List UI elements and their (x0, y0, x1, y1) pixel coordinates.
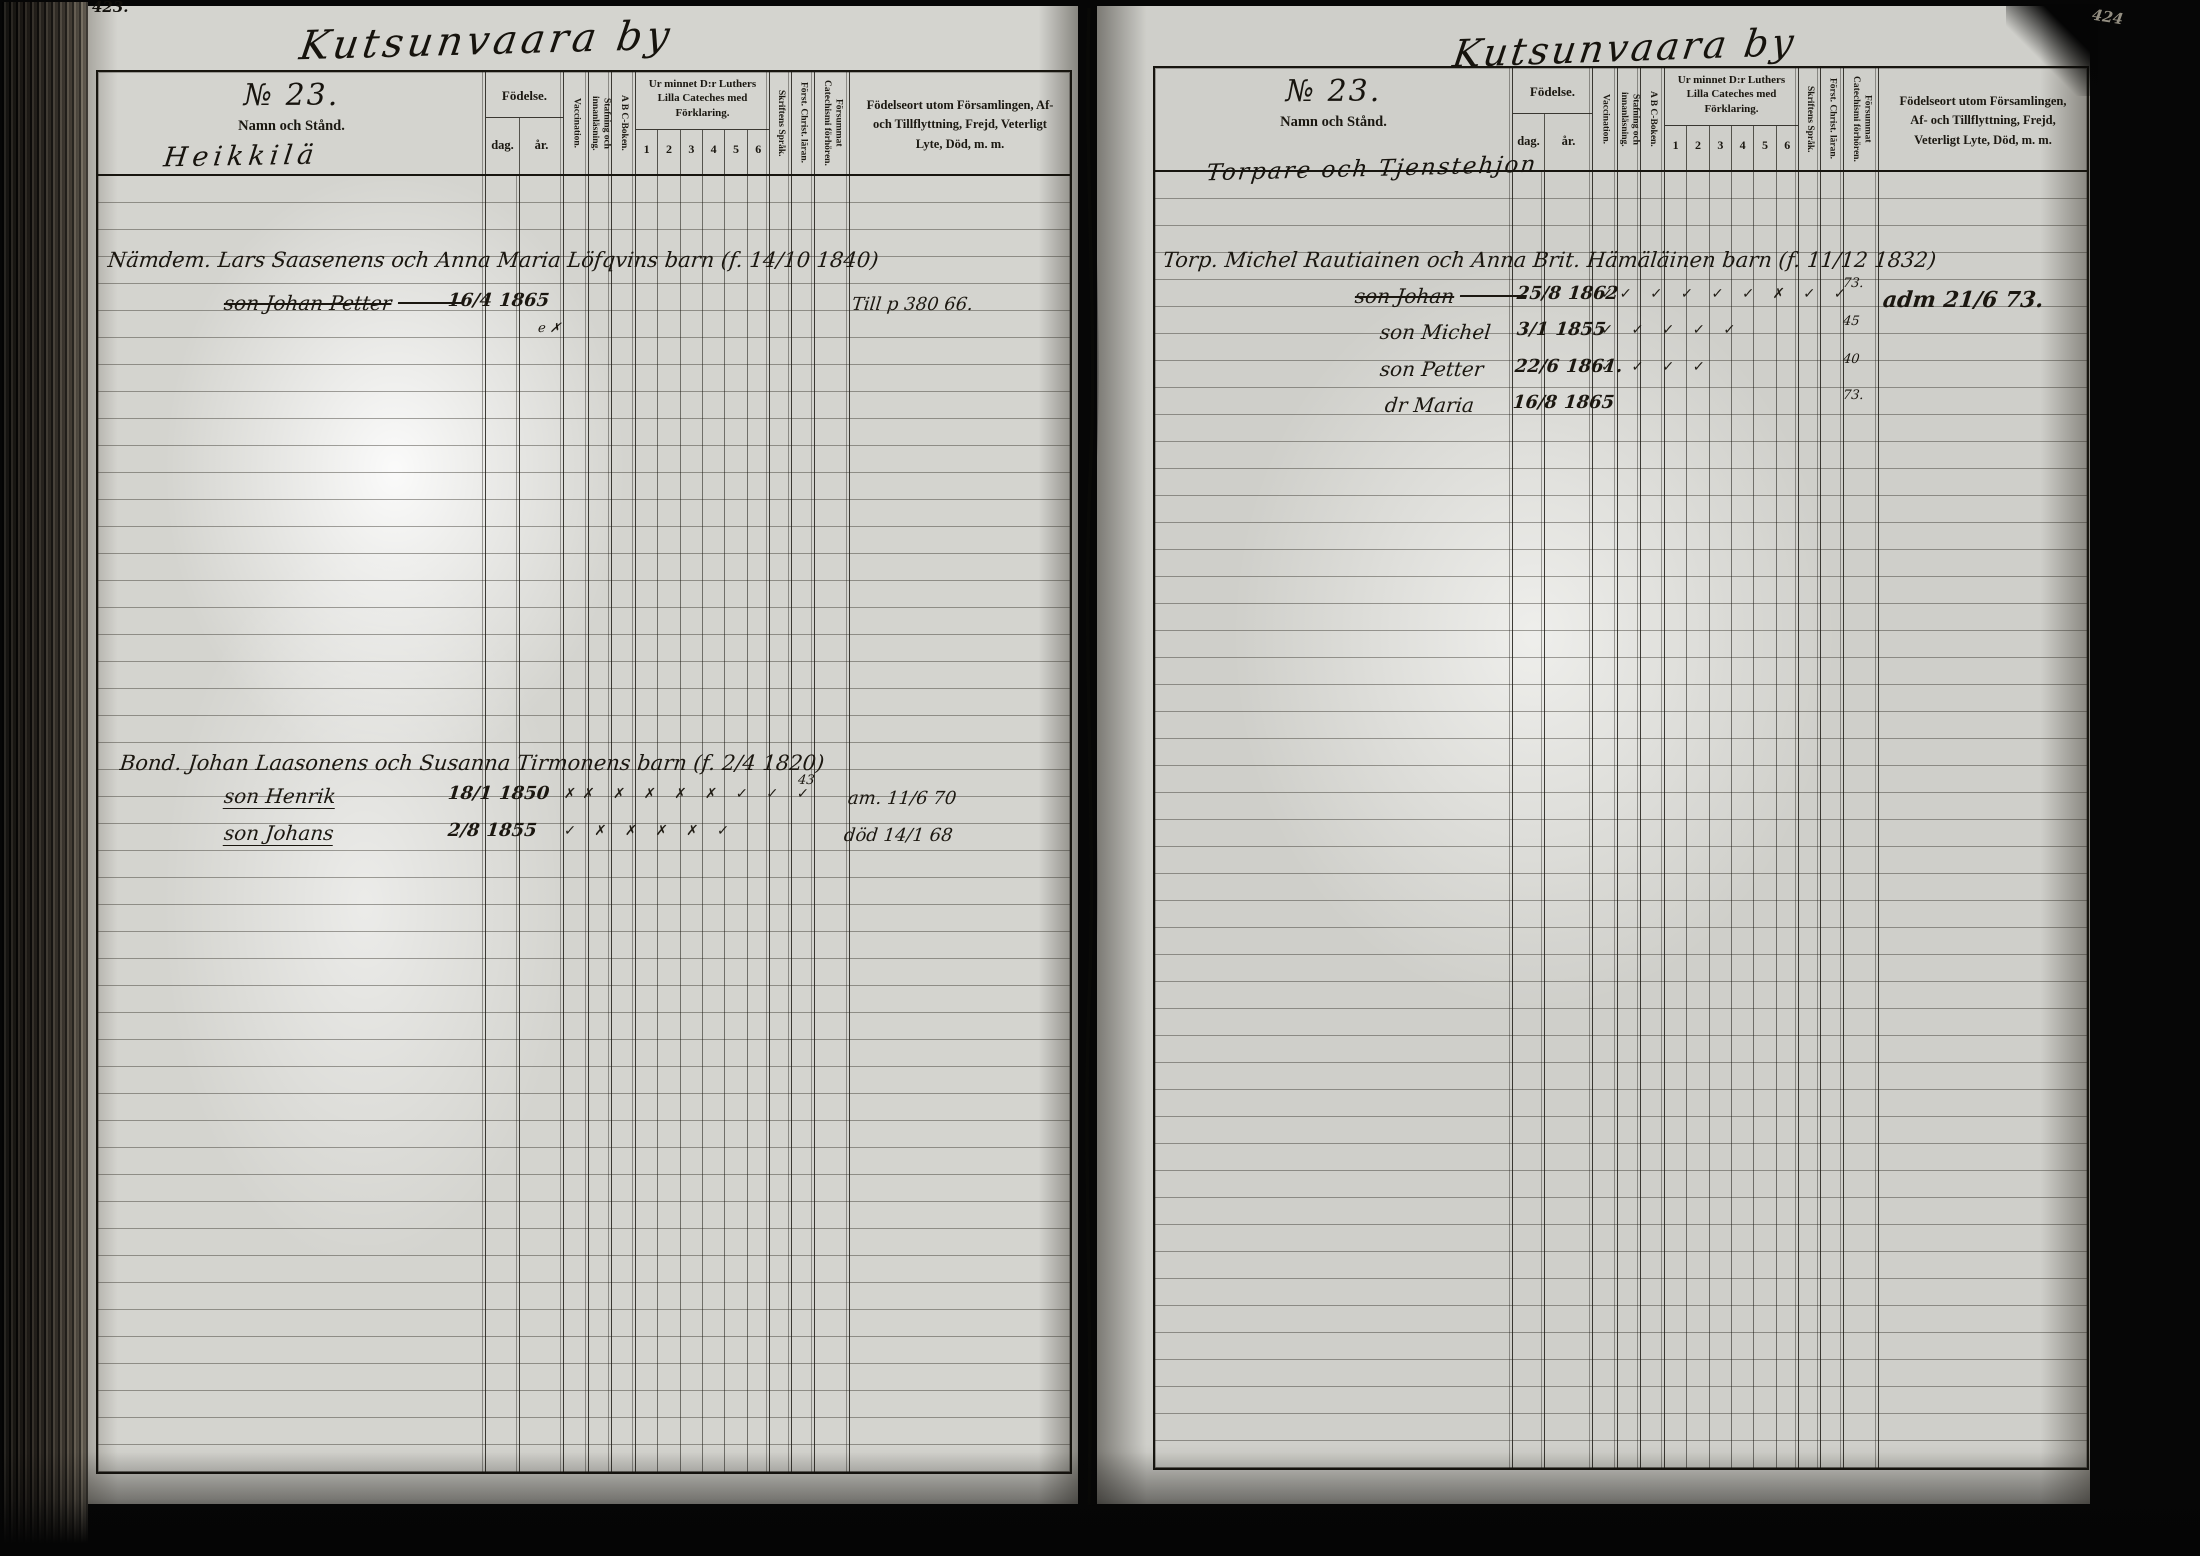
birth-year-value: 1855 (486, 820, 538, 841)
child-birthdate: 16/81865 (1512, 392, 1615, 413)
examination-marks: ✓ ✓ ✓ ✓ ✓ (1600, 322, 1743, 338)
examination-marks: ✓ ✗ ✗ ✗ ✗ ✓ (563, 823, 736, 839)
child-name: son Petter (1379, 357, 1485, 381)
birth-day-value: 2/8 (447, 820, 481, 841)
missed-exam-year: 45 (1842, 314, 1860, 329)
photo-corner-shadow (2006, 4, 2098, 96)
ledger-page-left: Kutsunvaara by № 23. Namn och Stånd. Hei… (88, 6, 1078, 1504)
handwriting-layer-left: Nämdem. Lars Saasenens och Anna Maria Lö… (98, 72, 1070, 1472)
vaccination-marks: e ✗ (537, 321, 561, 336)
examination-marks: ✓ ✓ ✓ ✓ (1600, 359, 1712, 375)
child-name: son Henrik (223, 784, 337, 809)
child-birthdate: 18/11850 (447, 783, 550, 804)
family-header: Bond. Johan Laasonens och Susanna Tirmon… (119, 751, 826, 775)
photo-bottom-shadow (0, 1452, 2200, 1556)
scanned-parish-register: 423. 424 Kutsunvaara by № 23. Namn och S… (0, 0, 2200, 1556)
birth-day-value: 18/1 (447, 783, 493, 804)
birth-day-value: 16/4 (447, 290, 493, 311)
birth-year-value: 1855 (1555, 319, 1607, 340)
missed-exam-year: 40 (1842, 352, 1860, 367)
child-birthdate: 3/11855 (1516, 319, 1607, 340)
margin-annotation: adm 21/6 73. (1882, 287, 2045, 313)
family-header: Nämdem. Lars Saasenens och Anna Maria Lö… (107, 248, 880, 272)
birth-day-value: 16/8 (1512, 392, 1558, 413)
page-number-left: 423. (92, 0, 129, 16)
margin-annotation: Till p 380 66. (851, 294, 974, 315)
child-name: dr Maria (1384, 393, 1476, 417)
book-edge-left (2, 2, 88, 1544)
ledger-page-right: Kutsunvaara by № 23. Namn och Stånd. Tor… (1097, 6, 2090, 1504)
ledger-table-left: № 23. Namn och Stånd. Heikkilä Födelse. … (96, 70, 1072, 1474)
margin-annotation: am. 11/6 70 (847, 788, 958, 809)
handwriting-layer-right: Torp. Michel Rautiainen och Anna Brit. H… (1155, 68, 2087, 1468)
birth-year-value: 1865 (1563, 392, 1615, 413)
birth-year-value: 1865 (498, 290, 550, 311)
missed-exam-year: 73. (1842, 276, 1864, 291)
village-title-left: Kutsunvaara by (297, 13, 677, 70)
child-name: son Johan Petter (223, 291, 465, 315)
missed-exam-year: 73. (1842, 388, 1864, 403)
birth-day-value: 3/1 (1516, 319, 1550, 340)
margin-annotation: död 14/1 68 (843, 825, 954, 846)
child-birthdate: 16/41865 (447, 290, 550, 311)
birth-day-value: 25/8 (1516, 283, 1562, 304)
examination-marks: ✓✓ ✓ ✓ ✓ ✓ ✗ ✓ ✓ (1600, 286, 1853, 302)
examination-marks: ✗✗ ✗ ✗ ✗ ✗ ✓ ✓ ✓ (563, 786, 816, 802)
family-header: Torp. Michel Rautiainen och Anna Brit. H… (1162, 248, 1938, 272)
ledger-table-right: № 23. Namn och Stånd. Torpare och Tjenst… (1153, 66, 2089, 1470)
child-name: son Johans (223, 821, 335, 846)
birth-day-value: 22/6 (1514, 356, 1560, 377)
child-name: son Michel (1379, 320, 1492, 344)
birth-year-value: 1850 (498, 783, 550, 804)
child-name: son Johan (1354, 284, 1528, 308)
child-birthdate: 2/81855 (447, 820, 538, 841)
